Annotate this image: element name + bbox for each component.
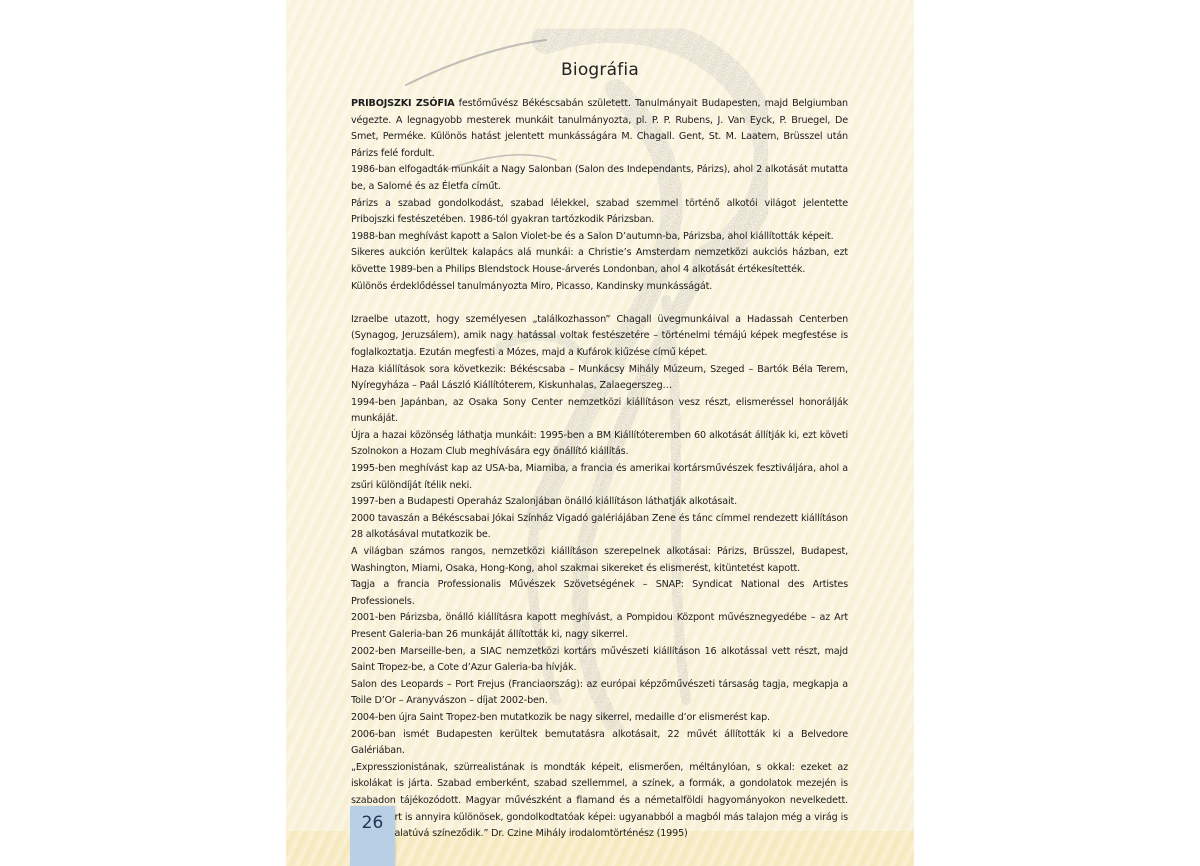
document-page: Biográfia PRIBOJSZKI ZSÓFIA festőművész … bbox=[286, 0, 914, 866]
artist-name: PRIBOJSZKI ZSÓFIA bbox=[351, 98, 455, 109]
paragraph: 1986-ban elfogadták munkáit a Nagy Salon… bbox=[351, 162, 848, 195]
paragraph: A világban számos rangos, nemzetközi kiá… bbox=[351, 544, 848, 577]
paragraph: 1997-ben a Budapesti Operaház Szalonjába… bbox=[351, 494, 848, 511]
page-number: 26 bbox=[350, 813, 395, 833]
paragraph: Salon des Leopards – Port Frejus (Franci… bbox=[351, 677, 848, 710]
paragraph: Tagja a francia Professionalis Művészek … bbox=[351, 577, 848, 610]
paragraph: Újra a hazai közönség láthatja munkáit: … bbox=[351, 428, 848, 461]
paragraph: 1988-ban meghívást kapott a Salon Violet… bbox=[351, 229, 848, 246]
paragraph: 1995-ben meghívást kap az USA-ba, Miamib… bbox=[351, 461, 848, 494]
paragraph: 2006-ban ismét Budapesten kerültek bemut… bbox=[351, 727, 848, 760]
paragraph: Különös érdeklődéssel tanulmányozta Miro… bbox=[351, 279, 848, 296]
paragraph: Sikeres aukción kerültek kalapács alá mu… bbox=[351, 245, 848, 278]
biography-text: PRIBOJSZKI ZSÓFIA festőművész Békéscsabá… bbox=[351, 96, 848, 843]
paragraph: Párizs a szabad gondolkodást, szabad lél… bbox=[351, 196, 848, 229]
page-title: Biográfia bbox=[286, 60, 914, 80]
paragraph: 2001-ben Párizsba, önálló kiállításra ka… bbox=[351, 610, 848, 643]
paragraph: 2000 tavaszán a Békéscsabai Jókai Színhá… bbox=[351, 511, 848, 544]
page-number-tab: 26 bbox=[350, 806, 395, 866]
paragraph: Izraelbe utazott, hogy személyesen „talá… bbox=[351, 312, 848, 362]
paragraph: Haza kiállítások sora következik: Békésc… bbox=[351, 362, 848, 395]
paragraph: 2002-ben Marseille-ben, a SIAC nemzetköz… bbox=[351, 644, 848, 677]
paragraph: 2004-ben újra Saint Tropez-ben mutatkozi… bbox=[351, 710, 848, 727]
paragraph: 1994-ben Japánban, az Osaka Sony Center … bbox=[351, 395, 848, 428]
quote-paragraph: „Expresszionistának, szürrealistának is … bbox=[351, 760, 848, 843]
intro-paragraph: PRIBOJSZKI ZSÓFIA festőművész Békéscsabá… bbox=[351, 96, 848, 162]
